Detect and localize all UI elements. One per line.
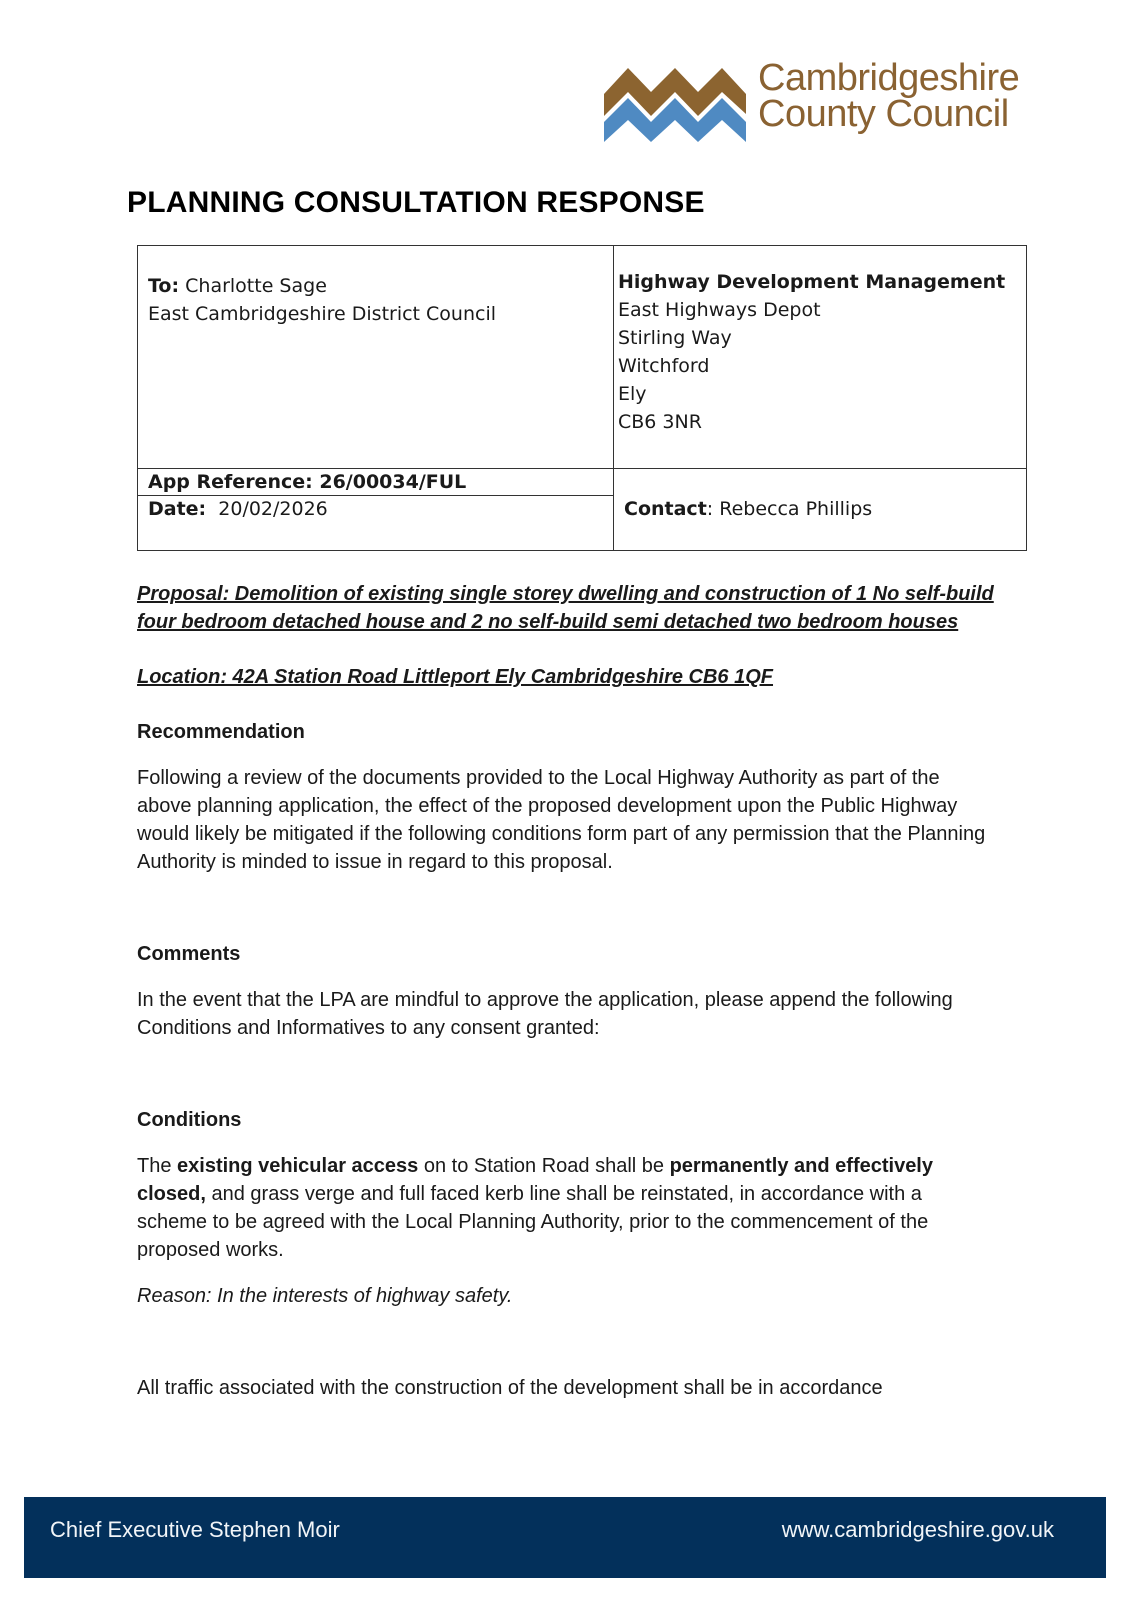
address-line: Ely [618,380,1022,408]
address-line: East Highways Depot [618,296,1022,324]
proposal-text: Proposal: Demolition of existing single … [137,580,997,636]
sender-department: Highway Development Management [618,271,1005,293]
contact-label: Contact [624,498,707,520]
address-line: Stirling Way [618,324,1022,352]
logo-line-2: County Council [758,96,1019,132]
contact-name: Rebecca Phillips [719,498,872,520]
app-reference-cell: App Reference: 26/00034/FUL [138,469,614,496]
recipient-org: East Cambridgeshire District Council [148,300,603,328]
recommendation-text: Following a review of the documents prov… [137,764,997,876]
header-table: To: Charlotte Sage East Cambridgeshire D… [137,245,1027,551]
condition-1-reason: Reason: In the interests of highway safe… [137,1282,997,1310]
page-title: PLANNING CONSULTATION RESPONSE [127,186,705,220]
date-value: 20/02/2026 [218,498,328,520]
condition-1-text: The existing vehicular access on to Stat… [137,1152,997,1264]
logo-wordmark: Cambridgeshire County Council [758,60,1019,132]
app-reference-label: App Reference: [148,471,313,493]
condition-2-text: All traffic associated with the construc… [137,1374,997,1402]
council-logo: Cambridgeshire County Council [604,60,1024,160]
chief-executive-text: Chief Executive Stephen Moir [50,1517,340,1543]
comments-heading: Comments [137,940,997,968]
address-line: Witchford [618,352,1022,380]
logo-line-1: Cambridgeshire [758,60,1019,96]
conditions-heading: Conditions [137,1106,997,1134]
to-label: To: [148,275,179,297]
date-label: Date: [148,498,206,520]
zigzag-logo-icon [604,64,746,144]
recipient-name: Charlotte Sage [185,275,327,297]
sender-address-cell: Highway Development Management East High… [614,246,1027,469]
recipient-cell: To: Charlotte Sage East Cambridgeshire D… [138,246,614,469]
address-line: CB6 3NR [618,408,1022,436]
document-body: Proposal: Demolition of existing single … [137,580,997,1402]
website-link[interactable]: www.cambridgeshire.gov.uk [782,1517,1054,1543]
comments-text: In the event that the LPA are mindful to… [137,986,997,1042]
contact-cell: Contact: Rebecca Phillips [614,469,1027,551]
footer-bar: Chief Executive Stephen Moir www.cambrid… [24,1497,1106,1578]
app-reference-value: 26/00034/FUL [319,471,466,493]
recommendation-heading: Recommendation [137,718,997,746]
location-text: Location: 42A Station Road Littleport El… [137,663,997,691]
date-cell: Date: 20/02/2026 [138,496,614,551]
